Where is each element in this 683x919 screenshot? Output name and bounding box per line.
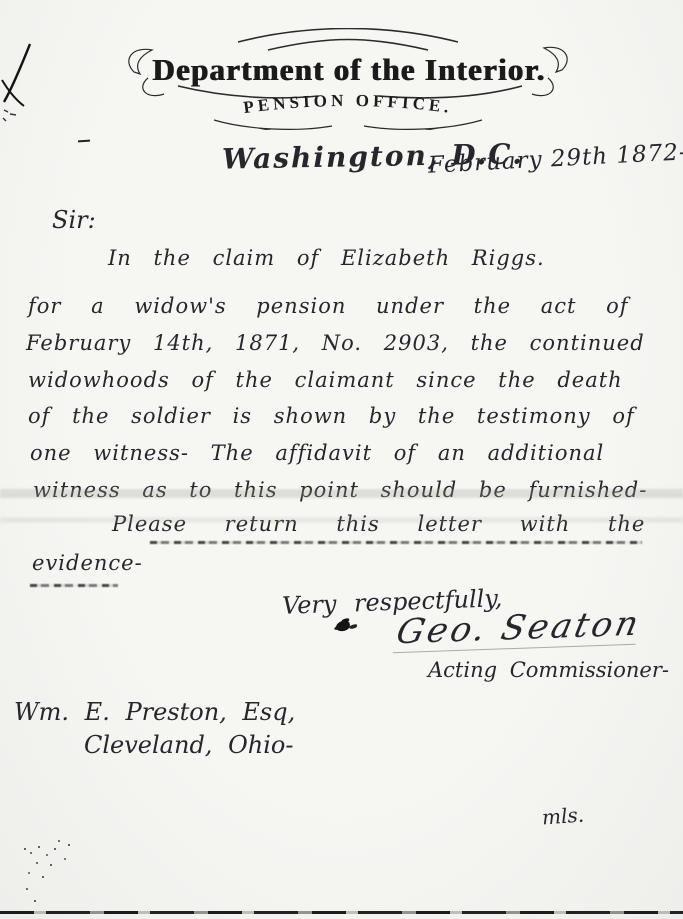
letterhead: Department of the Interior. PENSION OFFI… bbox=[118, 28, 578, 130]
signer-title: Acting Commissioner- bbox=[428, 658, 669, 682]
body-line: evidence- bbox=[32, 551, 143, 575]
salutation: Sir: bbox=[52, 206, 96, 234]
body-line: Please return this letter with the bbox=[112, 512, 645, 536]
body-line: for a widow's pension under the act of bbox=[28, 294, 629, 318]
letter-page: Department of the Interior. PENSION OFFI… bbox=[0, 0, 683, 919]
body-line: widowhoods of the claimant since the dea… bbox=[28, 368, 623, 392]
letterhead-office: PENSION OFFICE. bbox=[242, 91, 454, 117]
speckle-marks bbox=[24, 848, 26, 850]
address-line-1: Wm. E. Preston, Esq, bbox=[14, 698, 295, 726]
body-line: of the soldier is shown by the testimony… bbox=[28, 404, 635, 428]
underline-smudge bbox=[30, 584, 118, 587]
letterhead-department: Department of the Interior. bbox=[152, 52, 544, 87]
signature: Geo. Seaton bbox=[393, 604, 645, 653]
scan-edge-line bbox=[0, 911, 683, 914]
stray-dash-mark bbox=[78, 140, 90, 143]
body-line: witness as to this point should be furni… bbox=[33, 478, 647, 502]
body-line: February 14th, 1871, No. 2903, the conti… bbox=[26, 331, 645, 355]
body-line: In the claim of Elizabeth Riggs. bbox=[108, 246, 545, 270]
clerk-initials: mls. bbox=[541, 803, 585, 830]
body-line: one witness- The affidavit of an additio… bbox=[30, 441, 604, 465]
ink-blot bbox=[335, 620, 350, 632]
svg-text:PENSION OFFICE.: PENSION OFFICE. bbox=[242, 91, 454, 117]
underline-smudge bbox=[150, 541, 642, 544]
pen-stroke-mark bbox=[0, 40, 44, 130]
address-line-2: Cleveland, Ohio- bbox=[84, 731, 293, 759]
